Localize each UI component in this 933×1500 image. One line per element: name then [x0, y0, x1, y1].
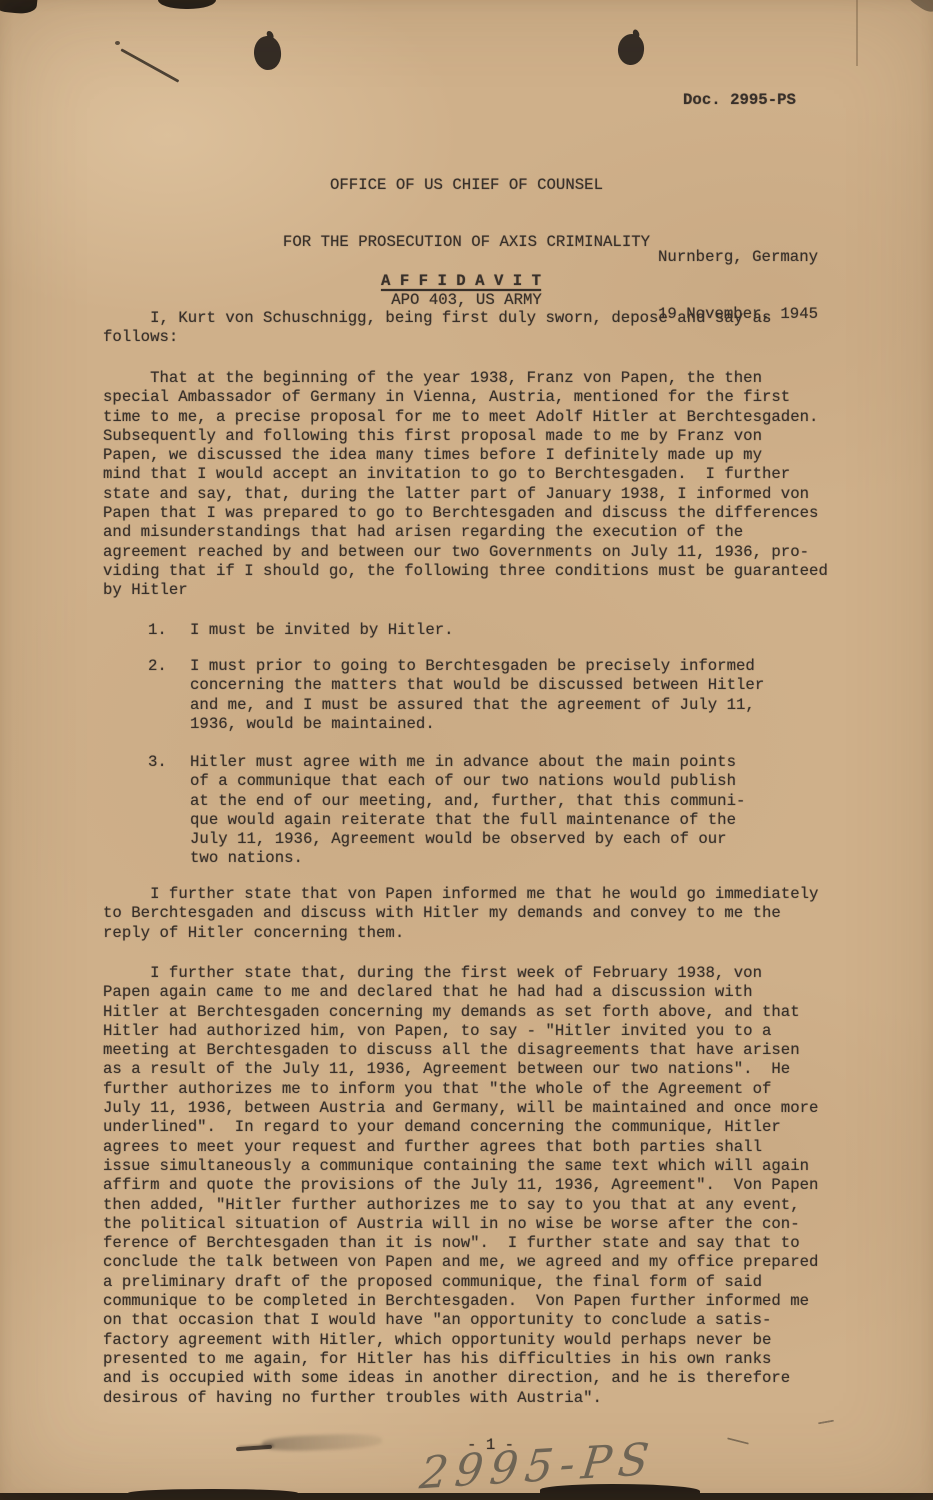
dateline-place: Nurnberg, Germany: [658, 248, 818, 267]
document-title: A F F I D A V I T: [381, 272, 541, 291]
scan-bottom-edge: [0, 1493, 933, 1500]
condition-text: I must be invited by Hitler.: [190, 621, 810, 640]
pencil-dot-mark: [115, 41, 120, 45]
condition-number: 3.: [148, 753, 190, 869]
condition-item-1: 1. I must be invited by Hitler.: [148, 621, 810, 640]
pencil-stroke-mark: [120, 48, 179, 83]
condition-item-2: 2. I must prior to going to Berchtesgade…: [148, 657, 810, 734]
affidavit-scan-page: Doc. 2995-PS OFFICE OF US CHIEF OF COUNS…: [0, 0, 933, 1500]
pencil-corner-mark: [818, 1420, 834, 1425]
paper-crease-line: [856, 0, 858, 66]
paragraph-february-meeting: I further state that, during the first w…: [103, 964, 865, 1408]
paragraph-background: That at the beginning of the year 1938, …: [103, 369, 865, 601]
condition-number: 2.: [148, 657, 190, 734]
punch-hole-right: [617, 33, 645, 66]
pencil-tick-mark: [727, 1437, 749, 1444]
condition-text: Hitler must agree with me in advance abo…: [190, 753, 810, 869]
document-number: Doc. 2995-PS: [683, 91, 796, 110]
scan-edge-blot: [0, 0, 38, 15]
scan-edge-notch: [158, 0, 216, 9]
letterhead-line-1: OFFICE OF US CHIEF OF COUNSEL: [0, 176, 933, 195]
condition-item-3: 3. Hitler must agree with me in advance …: [148, 753, 810, 869]
smudge-dash-mark: [236, 1445, 272, 1452]
paragraph-papen-promise: I further state that von Papen informed …: [103, 885, 865, 943]
condition-number: 1.: [148, 621, 190, 640]
punch-hole-left: [252, 35, 282, 72]
paragraph-intro: I, Kurt von Schuschnigg, being first dul…: [103, 309, 865, 348]
top-right-edge-mark: [903, 0, 933, 15]
condition-text: I must prior to going to Berchtesgaden b…: [190, 657, 810, 734]
erased-smudge: [262, 1433, 382, 1452]
